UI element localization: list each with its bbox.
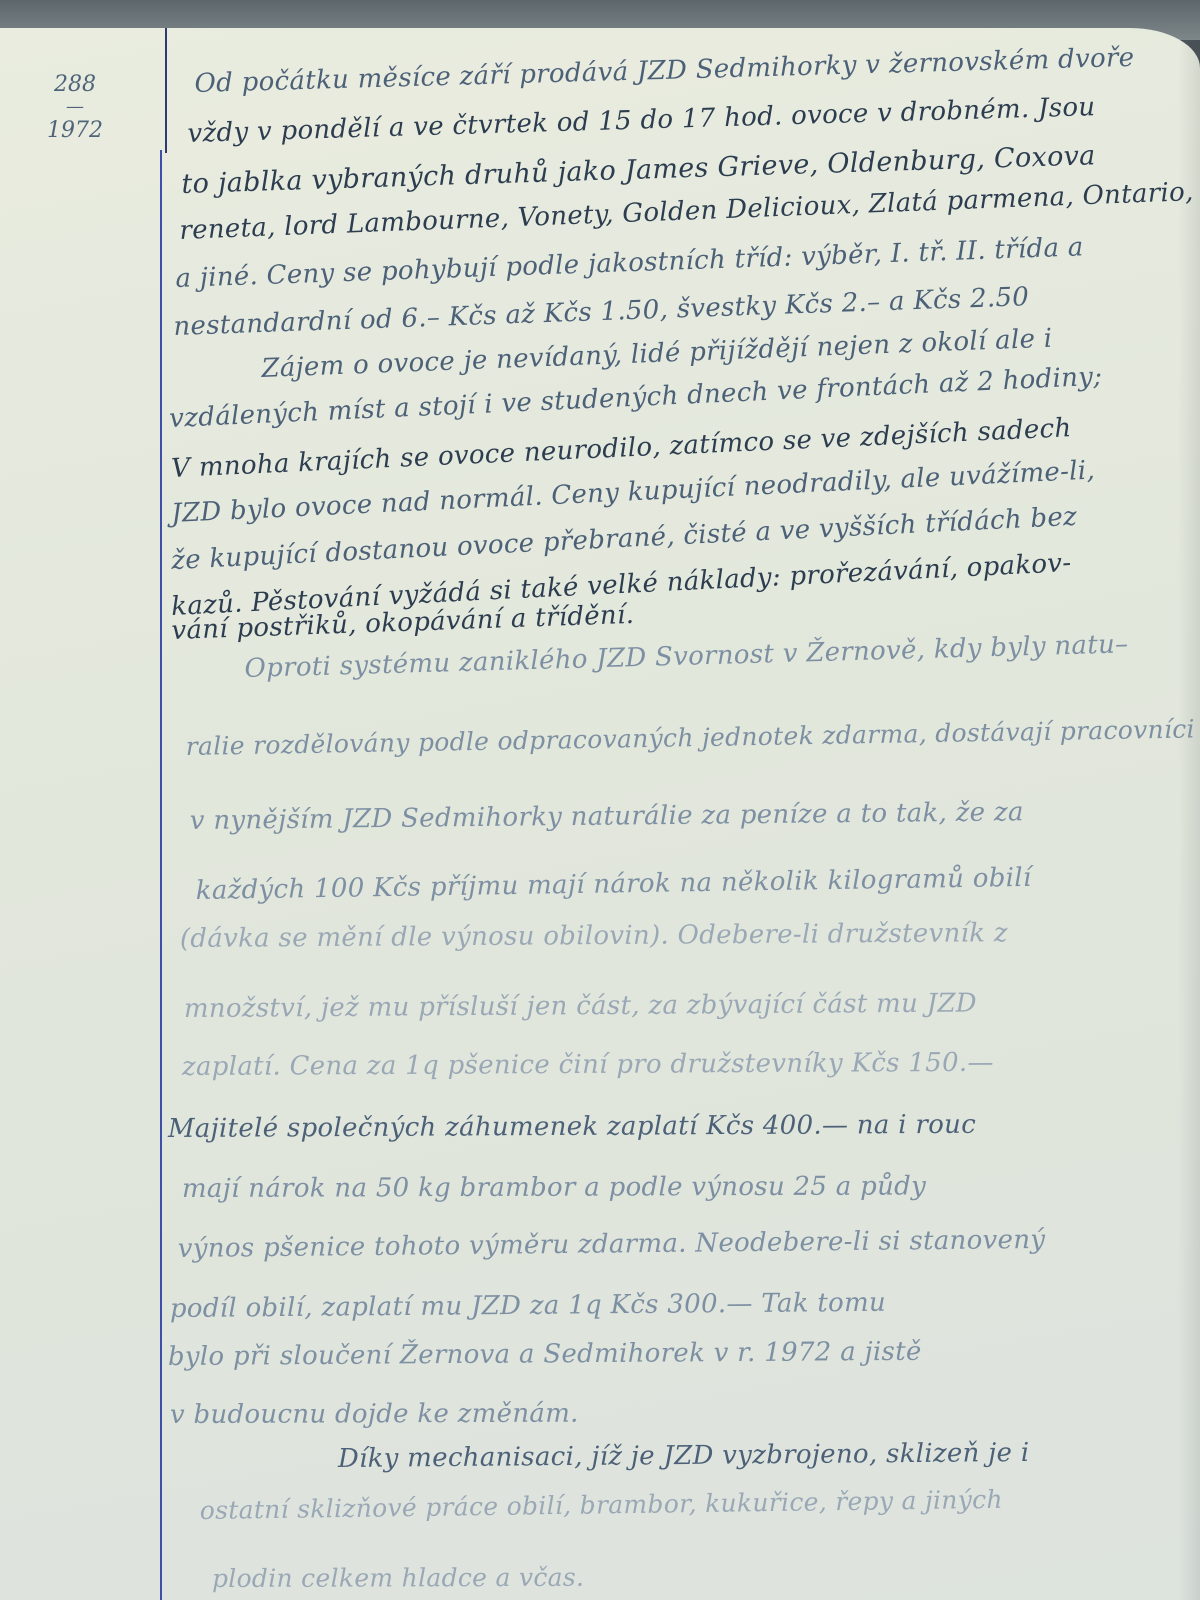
- handwritten-line: Od počátku měsíce září prodává JZD Sedmi…: [194, 43, 1135, 99]
- handwritten-text-body: Od počátku měsíce září prodává JZD Sedmi…: [0, 0, 1200, 1600]
- handwritten-line: Majitelé společných záhumenek zaplatí Kč…: [168, 1110, 976, 1144]
- handwritten-line: podíl obilí, zaplatí mu JZD za 1q Kčs 30…: [170, 1288, 886, 1324]
- handwritten-line: množství, jež mu přísluší jen část, za z…: [184, 988, 977, 1024]
- handwritten-line: (dávka se mění dle výnosu obilovin). Ode…: [180, 918, 1008, 954]
- handwritten-line: Díky mechanisaci, jíž je JZD vyzbrojeno,…: [338, 1438, 1030, 1474]
- handwritten-line: ralie rozdělovány podle odpracovaných je…: [185, 714, 1195, 761]
- handwritten-line: každých 100 Kčs příjmu mají nárok na něk…: [196, 863, 1032, 906]
- handwritten-line: bylo při sloučení Žernova a Sedmihorek v…: [168, 1337, 922, 1372]
- handwritten-line: plodin celkem hladce a včas.: [212, 1563, 584, 1593]
- handwritten-line: vždy v pondělí a ve čtvrtek od 15 do 17 …: [187, 92, 1096, 149]
- handwritten-line: zaplatí. Cena za 1q pšenice činí pro dru…: [182, 1048, 994, 1082]
- handwritten-line: mají nárok na 50 kg brambor a podle výno…: [182, 1171, 926, 1204]
- handwritten-line: v nynějším JZD Sedmihorky naturálie za p…: [190, 797, 1024, 836]
- handwritten-line: výnos pšenice tohoto výměru zdarma. Neod…: [178, 1225, 1046, 1264]
- handwritten-line: ostatní sklizňové práce obilí, brambor, …: [200, 1485, 1003, 1525]
- handwritten-line: v budoucnu dojde ke změnám.: [170, 1399, 579, 1430]
